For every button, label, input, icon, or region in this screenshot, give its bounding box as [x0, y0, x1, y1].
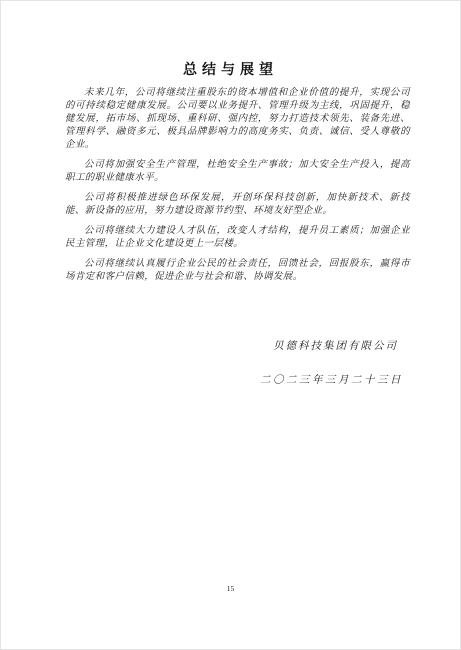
paragraph-outlook: 未来几年，公司将继续注重股东的资本增值和企业价值的提升，实现公司的可持续稳定健康…: [65, 87, 410, 152]
paragraph-environment: 公司将积极推进绿色环保发展，开创环保科技创新，加快新技术、新技能、新设备的应用，…: [65, 192, 410, 218]
paragraph-safety: 公司将加强安全生产管理，杜绝安全生产事故；加大安全生产投入，提高职工的职业健康水…: [65, 159, 410, 185]
page-number: 15: [1, 584, 460, 593]
signature-date: 二〇二三年三月二十三日: [260, 372, 403, 387]
paragraph-social-responsibility: 公司将继续认真履行企业公民的社会责任，回馈社会，回报股东，赢得市场肯定和客户信赖…: [65, 258, 410, 284]
document-page: 总结与展望 未来几年，公司将继续注重股东的资本增值和企业价值的提升，实现公司的可…: [0, 0, 461, 650]
paragraph-talent: 公司将继续大力建设人才队伍，改变人才结构，提升员工素质；加强企业民主管理，让企业…: [65, 225, 410, 251]
page-title: 总结与展望: [1, 59, 460, 79]
document-body: 未来几年，公司将继续注重股东的资本增值和企业价值的提升，实现公司的可持续稳定健康…: [65, 87, 410, 291]
signature-company: 贝德科技集团有限公司: [273, 338, 398, 353]
